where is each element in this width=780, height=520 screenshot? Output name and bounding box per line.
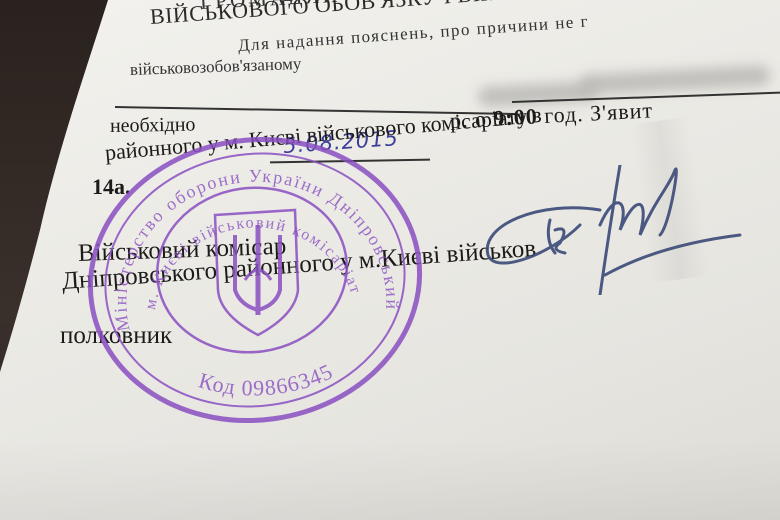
address-suffix: 14а. [92, 174, 131, 200]
signature [470, 165, 780, 295]
signatory-rank: полковник [60, 322, 172, 350]
date-suffix-rest: год. З'явит [544, 97, 654, 128]
paper-shade [0, 440, 780, 520]
